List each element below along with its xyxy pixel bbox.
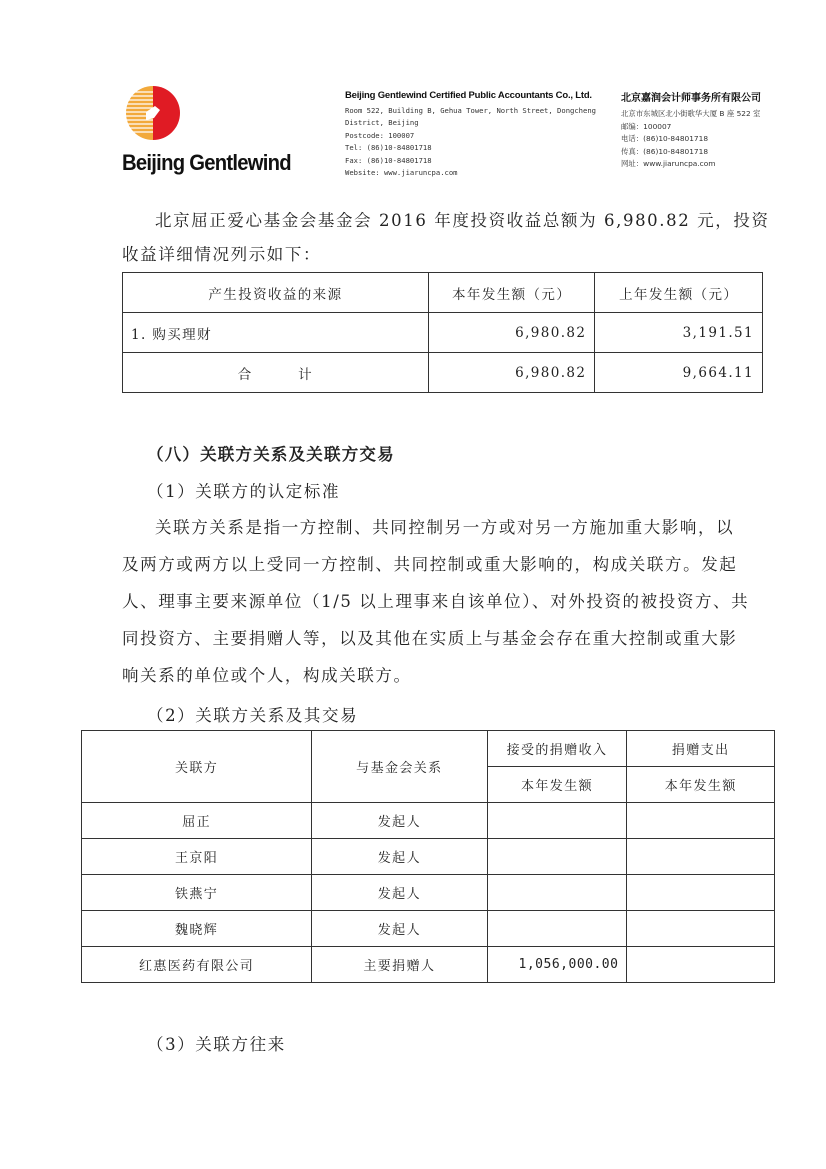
cell-relation: 主要捐赠人 (312, 947, 487, 983)
table-row: 魏晓辉 发起人 (82, 911, 775, 947)
cell-total-previous: 9,664.11 (595, 353, 763, 393)
cell-expense (627, 947, 775, 983)
table-row: 王京阳 发起人 (82, 839, 775, 875)
fax-cn: 传真：(86)10-84801718 (621, 146, 761, 159)
intro-line-2: 收益详细情况列示如下： (122, 240, 321, 270)
cell-party: 屈正 (82, 803, 312, 839)
related-party-table: 关联方 与基金会关系 接受的捐赠收入 捐赠支出 本年发生额 本年发生额 屈正 发… (81, 730, 775, 983)
firm-name-cn: 北京嘉润会计师事务所有限公司 (621, 89, 761, 104)
firm-name-en: Beijing Gentlewind Certified Public Acco… (345, 90, 596, 101)
cell-relation: 发起人 (312, 839, 487, 875)
header-expense-current-year: 本年发生额 (627, 767, 775, 803)
cell-current: 6,980.82 (428, 313, 595, 353)
table-total-row: 合 计 6,980.82 9,664.11 (123, 353, 763, 393)
postcode-cn: 邮编：100007 (621, 121, 761, 134)
cell-expense (627, 803, 775, 839)
address-cn: 北京市东城区北小街歌华大厦 B 座 522 室 (621, 108, 761, 121)
cell-party: 红惠医药有限公司 (82, 947, 312, 983)
table-row: 铁燕宁 发起人 (82, 875, 775, 911)
cell-expense (627, 911, 775, 947)
paragraph-line-3: 人、理事主要来源单位（1/5 以上理事来自该单位）、对外投资的被投资方、共 (122, 587, 749, 617)
subheading-3: （3）关联方往来 (147, 1030, 286, 1060)
cell-income: 1,056,000.00 (487, 947, 627, 983)
cell-relation: 发起人 (312, 875, 487, 911)
fax: Fax: (86)10-84801718 (345, 155, 596, 167)
firm-logo-text: Beijing Gentlewind (122, 150, 291, 176)
letterhead-english: Beijing Gentlewind Certified Public Acco… (345, 90, 596, 179)
header-current-year: 本年发生额（元） (428, 273, 595, 313)
paragraph-line-5: 响关系的单位或个人，构成关联方。 (122, 661, 412, 691)
postcode: Postcode: 100007 (345, 130, 596, 142)
telephone: Tel: (86)10-84801718 (345, 142, 596, 154)
table-row: 屈正 发起人 (82, 803, 775, 839)
section-heading: （八）关联方关系及关联方交易 (147, 440, 395, 470)
address-line-1: Room 522, Building B, Gehua Tower, North… (345, 105, 596, 117)
cell-source: 1. 购买理财 (123, 313, 429, 353)
cell-previous: 3,191.51 (595, 313, 763, 353)
paragraph-line-2: 及两方或两方以上受同一方控制、共同控制或重大影响的，构成关联方。发起 (122, 550, 737, 580)
header-party: 关联方 (82, 731, 312, 803)
cell-income (487, 839, 627, 875)
cell-relation: 发起人 (312, 911, 487, 947)
cell-party: 铁燕宁 (82, 875, 312, 911)
cell-income (487, 911, 627, 947)
table-row: 红惠医药有限公司 主要捐赠人 1,056,000.00 (82, 947, 775, 983)
header-donation-income: 接受的捐赠收入 (487, 731, 627, 767)
cell-expense (627, 875, 775, 911)
header-source: 产生投资收益的来源 (123, 273, 429, 313)
website-cn: 网址：www.jiaruncpa.com (621, 158, 761, 171)
table-row: 1. 购买理财 6,980.82 3,191.51 (123, 313, 763, 353)
cell-party: 魏晓辉 (82, 911, 312, 947)
telephone-cn: 电话：(86)10-84801718 (621, 133, 761, 146)
website: Website: www.jiaruncpa.com (345, 167, 596, 179)
cell-expense (627, 839, 775, 875)
cell-party: 王京阳 (82, 839, 312, 875)
firm-logo-icon (124, 84, 182, 142)
investment-income-table: 产生投资收益的来源 本年发生额（元） 上年发生额（元） 1. 购买理财 6,98… (122, 272, 763, 393)
header-donation-expense: 捐赠支出 (627, 731, 775, 767)
cell-relation: 发起人 (312, 803, 487, 839)
table-header-row: 产生投资收益的来源 本年发生额（元） 上年发生额（元） (123, 273, 763, 313)
cell-income (487, 875, 627, 911)
paragraph-line-1: 关联方关系是指一方控制、共同控制另一方或对另一方施加重大影响，以 (155, 513, 734, 543)
paragraph-line-4: 同投资方、主要捐赠人等，以及其他在实质上与基金会存在重大控制或重大影 (122, 624, 737, 654)
subheading-2: （2）关联方关系及其交易 (147, 701, 358, 731)
letterhead-chinese: 北京嘉润会计师事务所有限公司 北京市东城区北小街歌华大厦 B 座 522 室 邮… (621, 89, 761, 171)
cell-total-current: 6,980.82 (428, 353, 595, 393)
intro-line-1: 北京屈正爱心基金会基金会 2016 年度投资收益总额为 6,980.82 元，投… (155, 206, 770, 236)
cell-total-label: 合 计 (123, 353, 429, 393)
table-header-row: 关联方 与基金会关系 接受的捐赠收入 捐赠支出 (82, 731, 775, 767)
header-income-current-year: 本年发生额 (487, 767, 627, 803)
header-previous-year: 上年发生额（元） (595, 273, 763, 313)
cell-income (487, 803, 627, 839)
header-relation: 与基金会关系 (312, 731, 487, 803)
address-line-2: District, Beijing (345, 117, 596, 129)
subheading-1: （1）关联方的认定标准 (147, 477, 340, 507)
